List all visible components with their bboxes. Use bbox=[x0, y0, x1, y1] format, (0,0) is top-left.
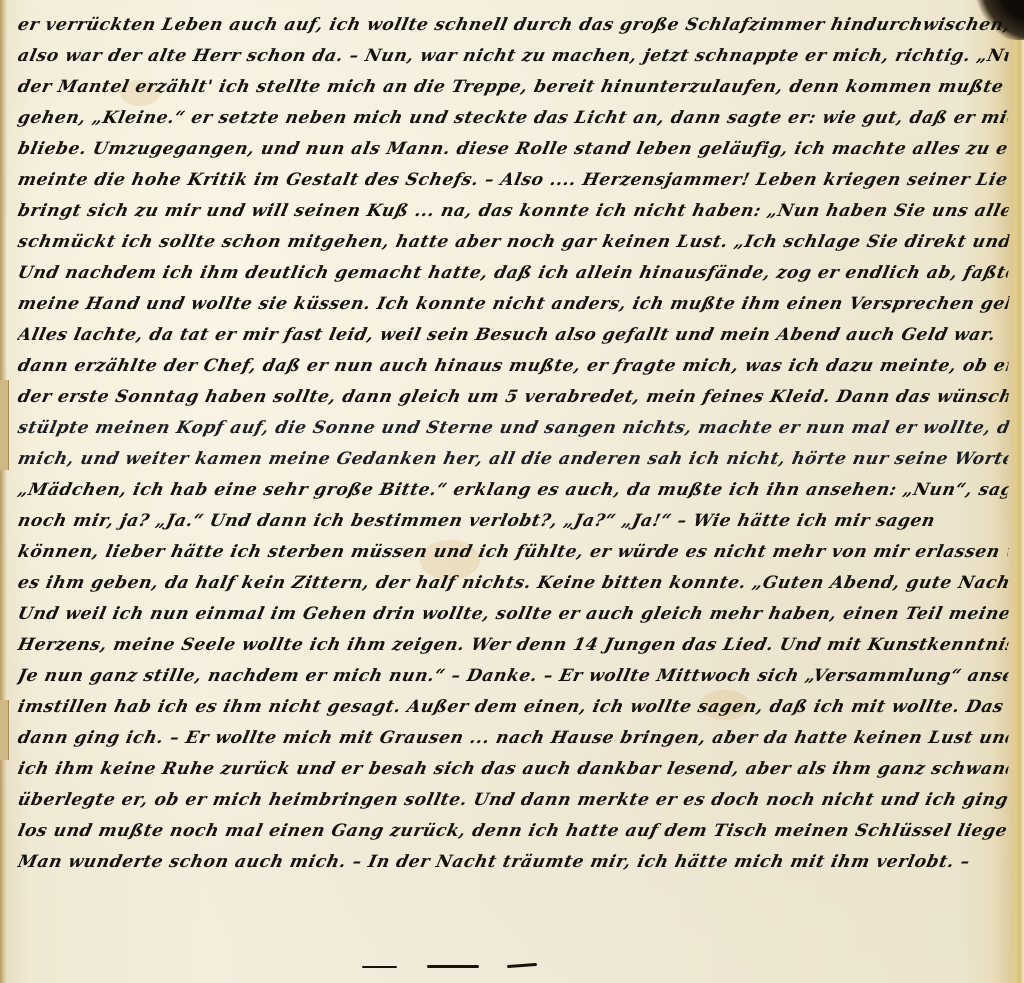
handwritten-line-11: Alles lachte, da tat er mir fast leid, w… bbox=[15, 320, 1012, 351]
handwritten-line-13: der erste Sonntag haben sollte, dann gle… bbox=[15, 382, 1012, 413]
handwritten-line-2: also war der alte Herr schon da. – Nun, … bbox=[15, 41, 1012, 72]
handwritten-line-21: Herzens, meine Seele wollte ich ihm zeig… bbox=[15, 630, 1012, 661]
handwritten-line-4: gehen, „Kleine.“ er setzte neben mich un… bbox=[15, 103, 1012, 134]
end-dash-2 bbox=[427, 965, 479, 968]
handwritten-text-block: er verrückten Leben auch auf, ich wollte… bbox=[18, 10, 1008, 909]
handwritten-line-28: Man wunderte schon auch mich. – In der N… bbox=[15, 847, 1012, 878]
handwritten-line-17: noch mir, ja? „Ja.“ Und dann ich bestimm… bbox=[15, 506, 1012, 537]
handwritten-line-6: meinte die hohe Kritik im Gestalt des Sc… bbox=[15, 165, 1012, 196]
handwritten-line-22: Je nun ganz stille, nachdem er mich nun.… bbox=[15, 661, 1012, 692]
handwritten-line-27: los und mußte noch mal einen Gang zurück… bbox=[15, 816, 1012, 847]
page-right-edge bbox=[1010, 0, 1024, 983]
handwritten-line-16: „Mädchen, ich hab eine sehr große Bitte.… bbox=[15, 475, 1012, 506]
handwritten-line-19: es ihm geben, da half kein Zittern, der … bbox=[15, 568, 1012, 599]
handwritten-line-12: dann erzählte der Chef, daß er nun auch … bbox=[15, 351, 1012, 382]
handwritten-line-14: stülpte meinen Kopf auf, die Sonne und S… bbox=[15, 413, 1012, 444]
binding-tab bbox=[0, 380, 9, 470]
end-dash-1 bbox=[362, 966, 397, 968]
handwritten-line-29 bbox=[15, 878, 1012, 909]
handwritten-line-3: der Mantel erzählt' ich stellte mich an … bbox=[15, 72, 1012, 103]
binding-tab bbox=[0, 700, 9, 760]
handwritten-line-23: imstillen hab ich es ihm nicht gesagt. A… bbox=[15, 692, 1012, 723]
handwritten-line-24: dann ging ich. – Er wollte mich mit Grau… bbox=[15, 723, 1012, 754]
handwritten-line-25: ich ihm keine Ruhe zurück und er besah s… bbox=[15, 754, 1012, 785]
end-of-entry-mark bbox=[360, 963, 560, 971]
handwritten-line-18: können, lieber hätte ich sterben müssen … bbox=[15, 537, 1012, 568]
page-binding-edge bbox=[0, 0, 7, 983]
handwritten-line-5: bliebe. Umzugegangen, und nun als Mann. … bbox=[15, 134, 1012, 165]
handwritten-line-15: mich, und weiter kamen meine Gedanken he… bbox=[15, 444, 1012, 475]
handwritten-line-8: schmückt ich sollte schon mitgehen, hatt… bbox=[15, 227, 1012, 258]
diary-page: er verrückten Leben auch auf, ich wollte… bbox=[0, 0, 1024, 983]
handwritten-line-9: Und nachdem ich ihm deutlich gemacht hat… bbox=[15, 258, 1012, 289]
end-dash-3 bbox=[507, 963, 537, 968]
handwritten-line-20: Und weil ich nun einmal im Gehen drin wo… bbox=[15, 599, 1012, 630]
handwritten-line-26: überlegte er, ob er mich heimbringen sol… bbox=[15, 785, 1012, 816]
handwritten-line-1: er verrückten Leben auch auf, ich wollte… bbox=[15, 10, 1012, 41]
handwritten-line-7: bringt sich zu mir und will seinen Kuß .… bbox=[15, 196, 1012, 227]
handwritten-line-10: meine Hand und wollte sie küssen. Ich ko… bbox=[15, 289, 1012, 320]
